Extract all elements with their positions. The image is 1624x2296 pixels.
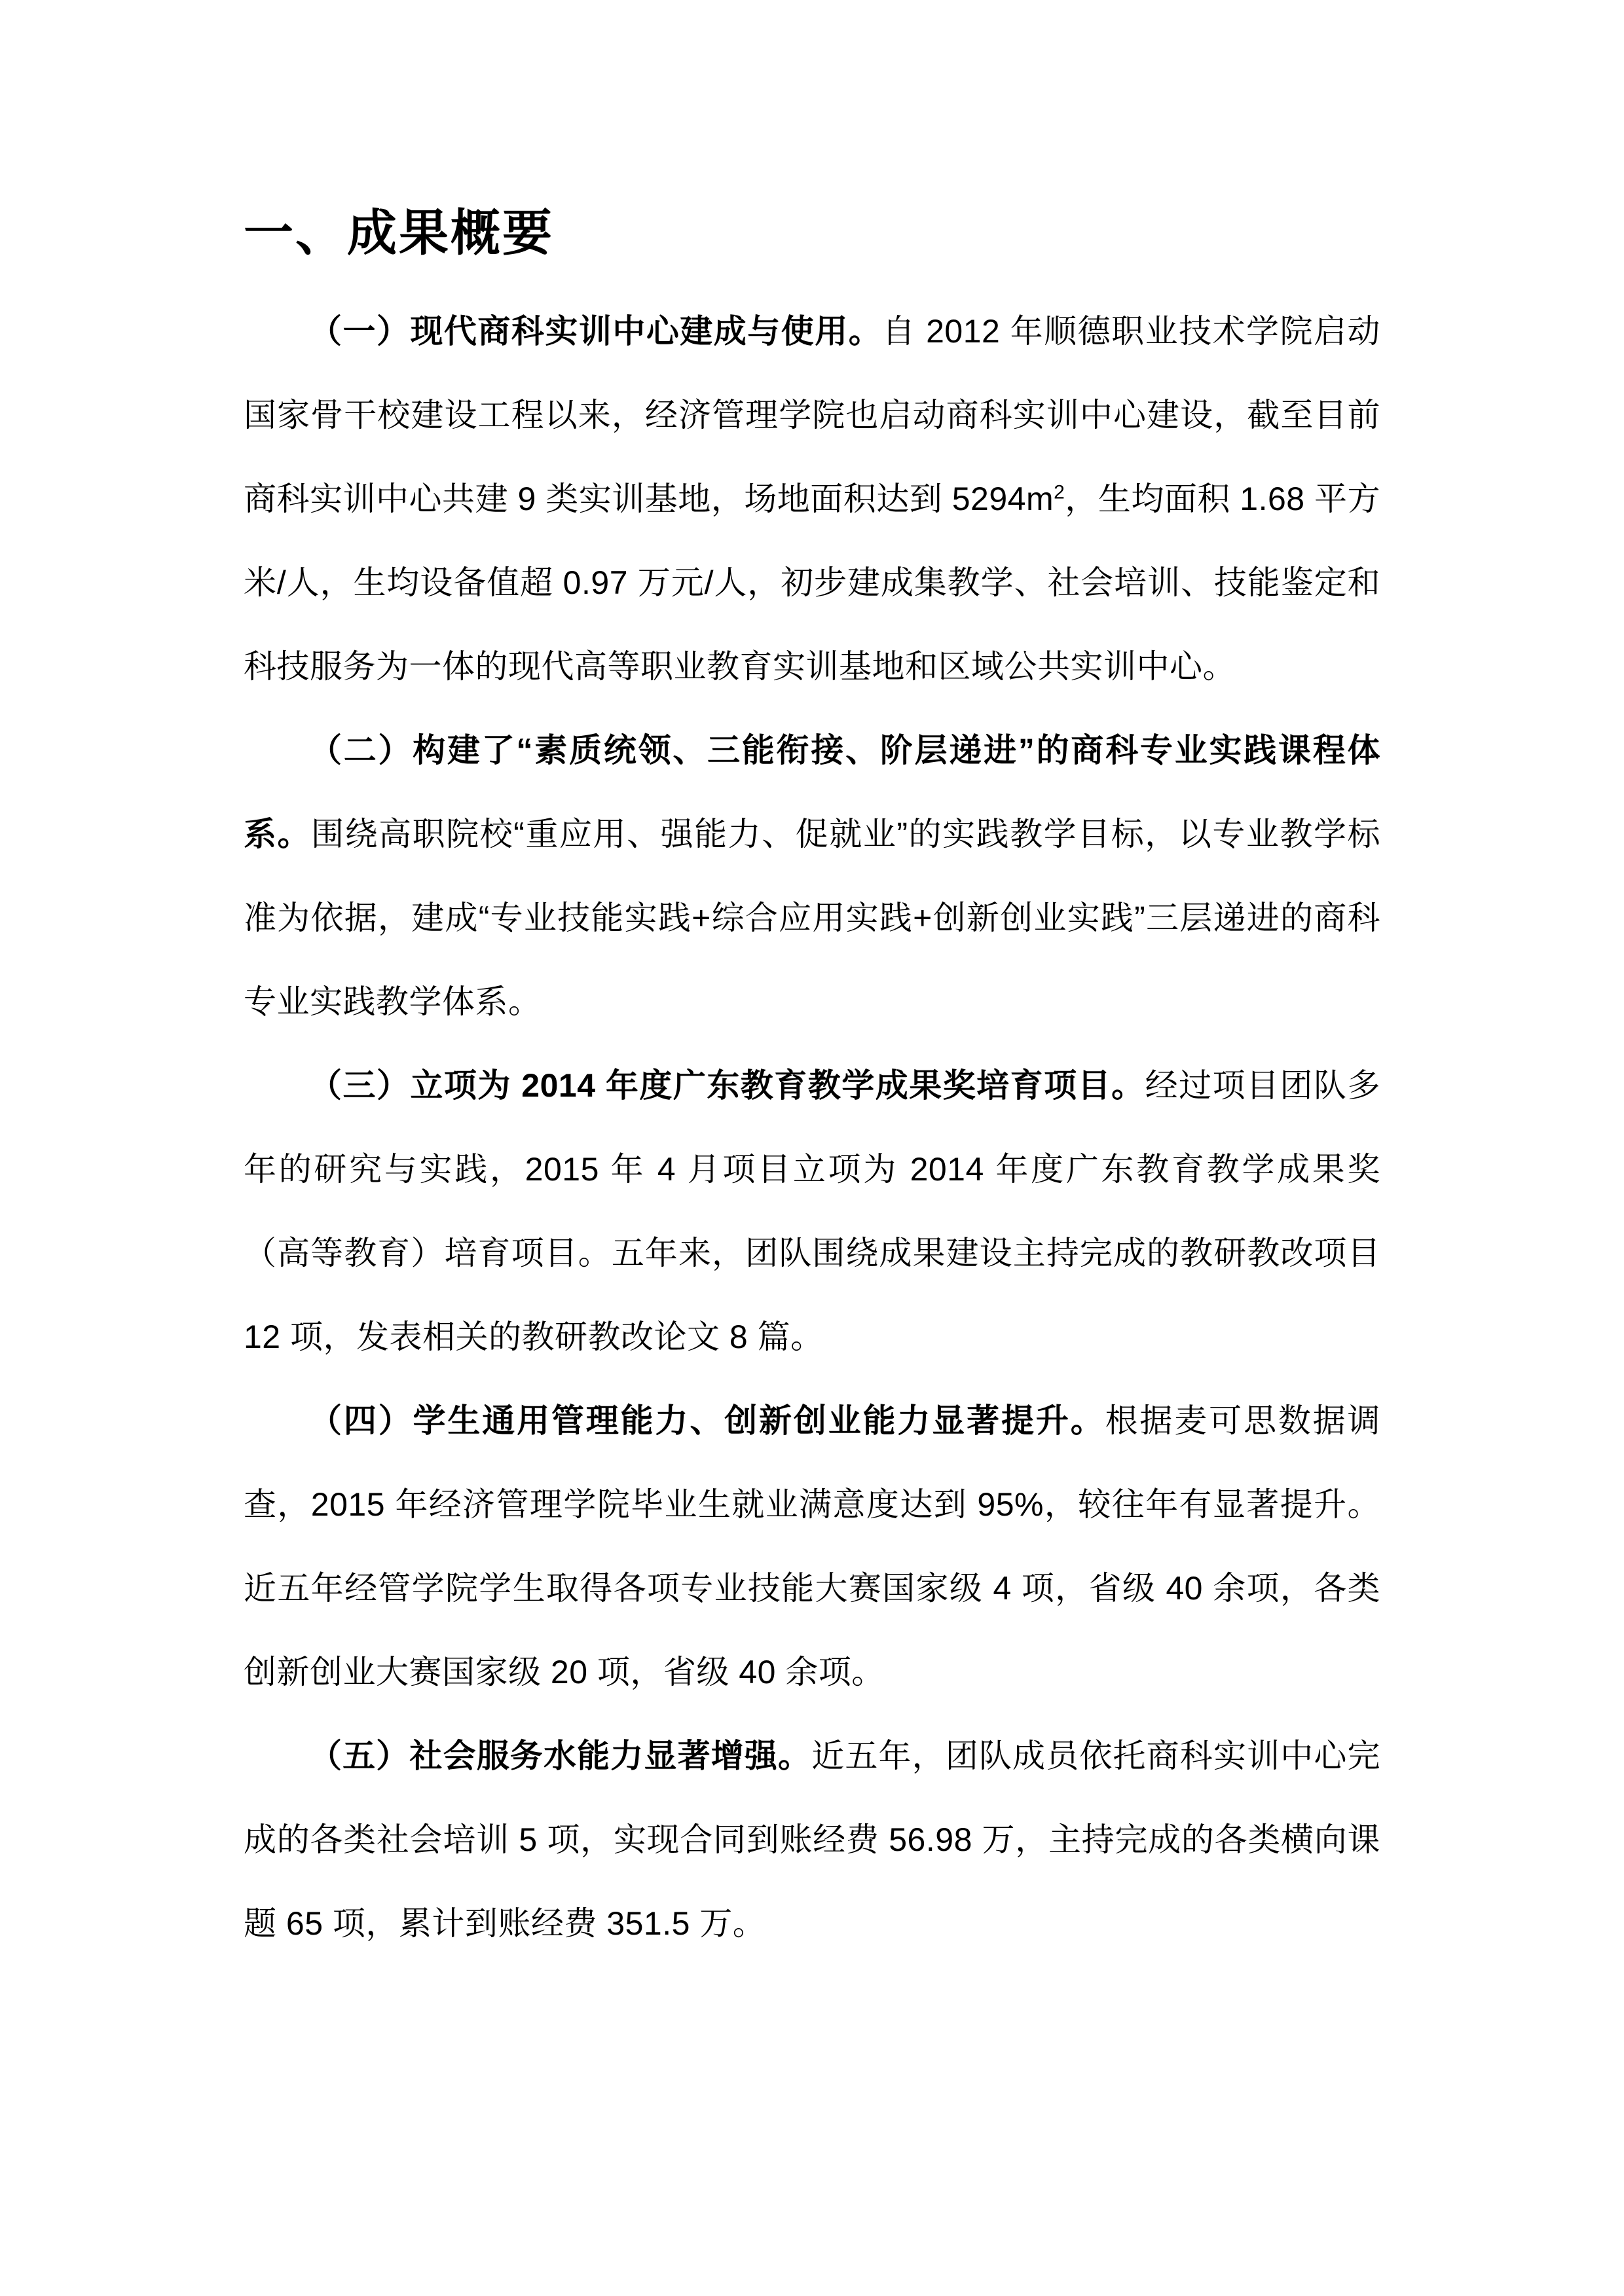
paragraph-1-lead: （一）现代商科实训中心建成与使用。 <box>309 313 882 350</box>
paragraph-award-project: （三）立项为 2014 年度广东教育教学成果奖培育项目。经过项目团队多年的研究与… <box>244 1044 1380 1379</box>
paragraph-training-center: （一）现代商科实训中心建成与使用。自 2012 年顺德职业技术学院启动国家骨干校… <box>244 289 1380 708</box>
paragraph-3-text: 经过项目团队多年的研究与实践，2015 年 4 月项目立项为 2014 年度广东… <box>244 1067 1380 1355</box>
paragraph-5-lead: （五）社会服务水能力显著增强。 <box>309 1738 811 1774</box>
paragraph-4-lead: （四）学生通用管理能力、创新创业能力显著提升。 <box>309 1402 1105 1439</box>
paragraph-social-service: （五）社会服务水能力显著增强。近五年，团队成员依托商科实训中心完成的各类社会培训… <box>244 1714 1380 1965</box>
paragraph-4-text: 根据麦可思数据调查，2015 年经济管理学院毕业生就业满意度达到 95%，较往年… <box>244 1402 1380 1690</box>
section-heading: 一、成果概要 <box>244 195 1380 272</box>
superscript-square-meter: 2 <box>1054 481 1065 503</box>
paragraph-2-text: 围绕高职院校“重应用、强能力、促就业”的实践教学目标，以专业教学标准为依据，建成… <box>244 816 1380 1020</box>
paragraph-curriculum-system: （二）构建了“素质统领、三能衔接、阶层递进”的商科专业实践课程体系。围绕高职院校… <box>244 708 1380 1044</box>
document-page: 一、成果概要 （一）现代商科实训中心建成与使用。自 2012 年顺德职业技术学院… <box>0 0 1624 2296</box>
paragraph-student-ability: （四）学生通用管理能力、创新创业能力显著提升。根据麦可思数据调查，2015 年经… <box>244 1379 1380 1714</box>
paragraph-3-lead: （三）立项为 2014 年度广东教育教学成果奖培育项目。 <box>309 1067 1145 1104</box>
